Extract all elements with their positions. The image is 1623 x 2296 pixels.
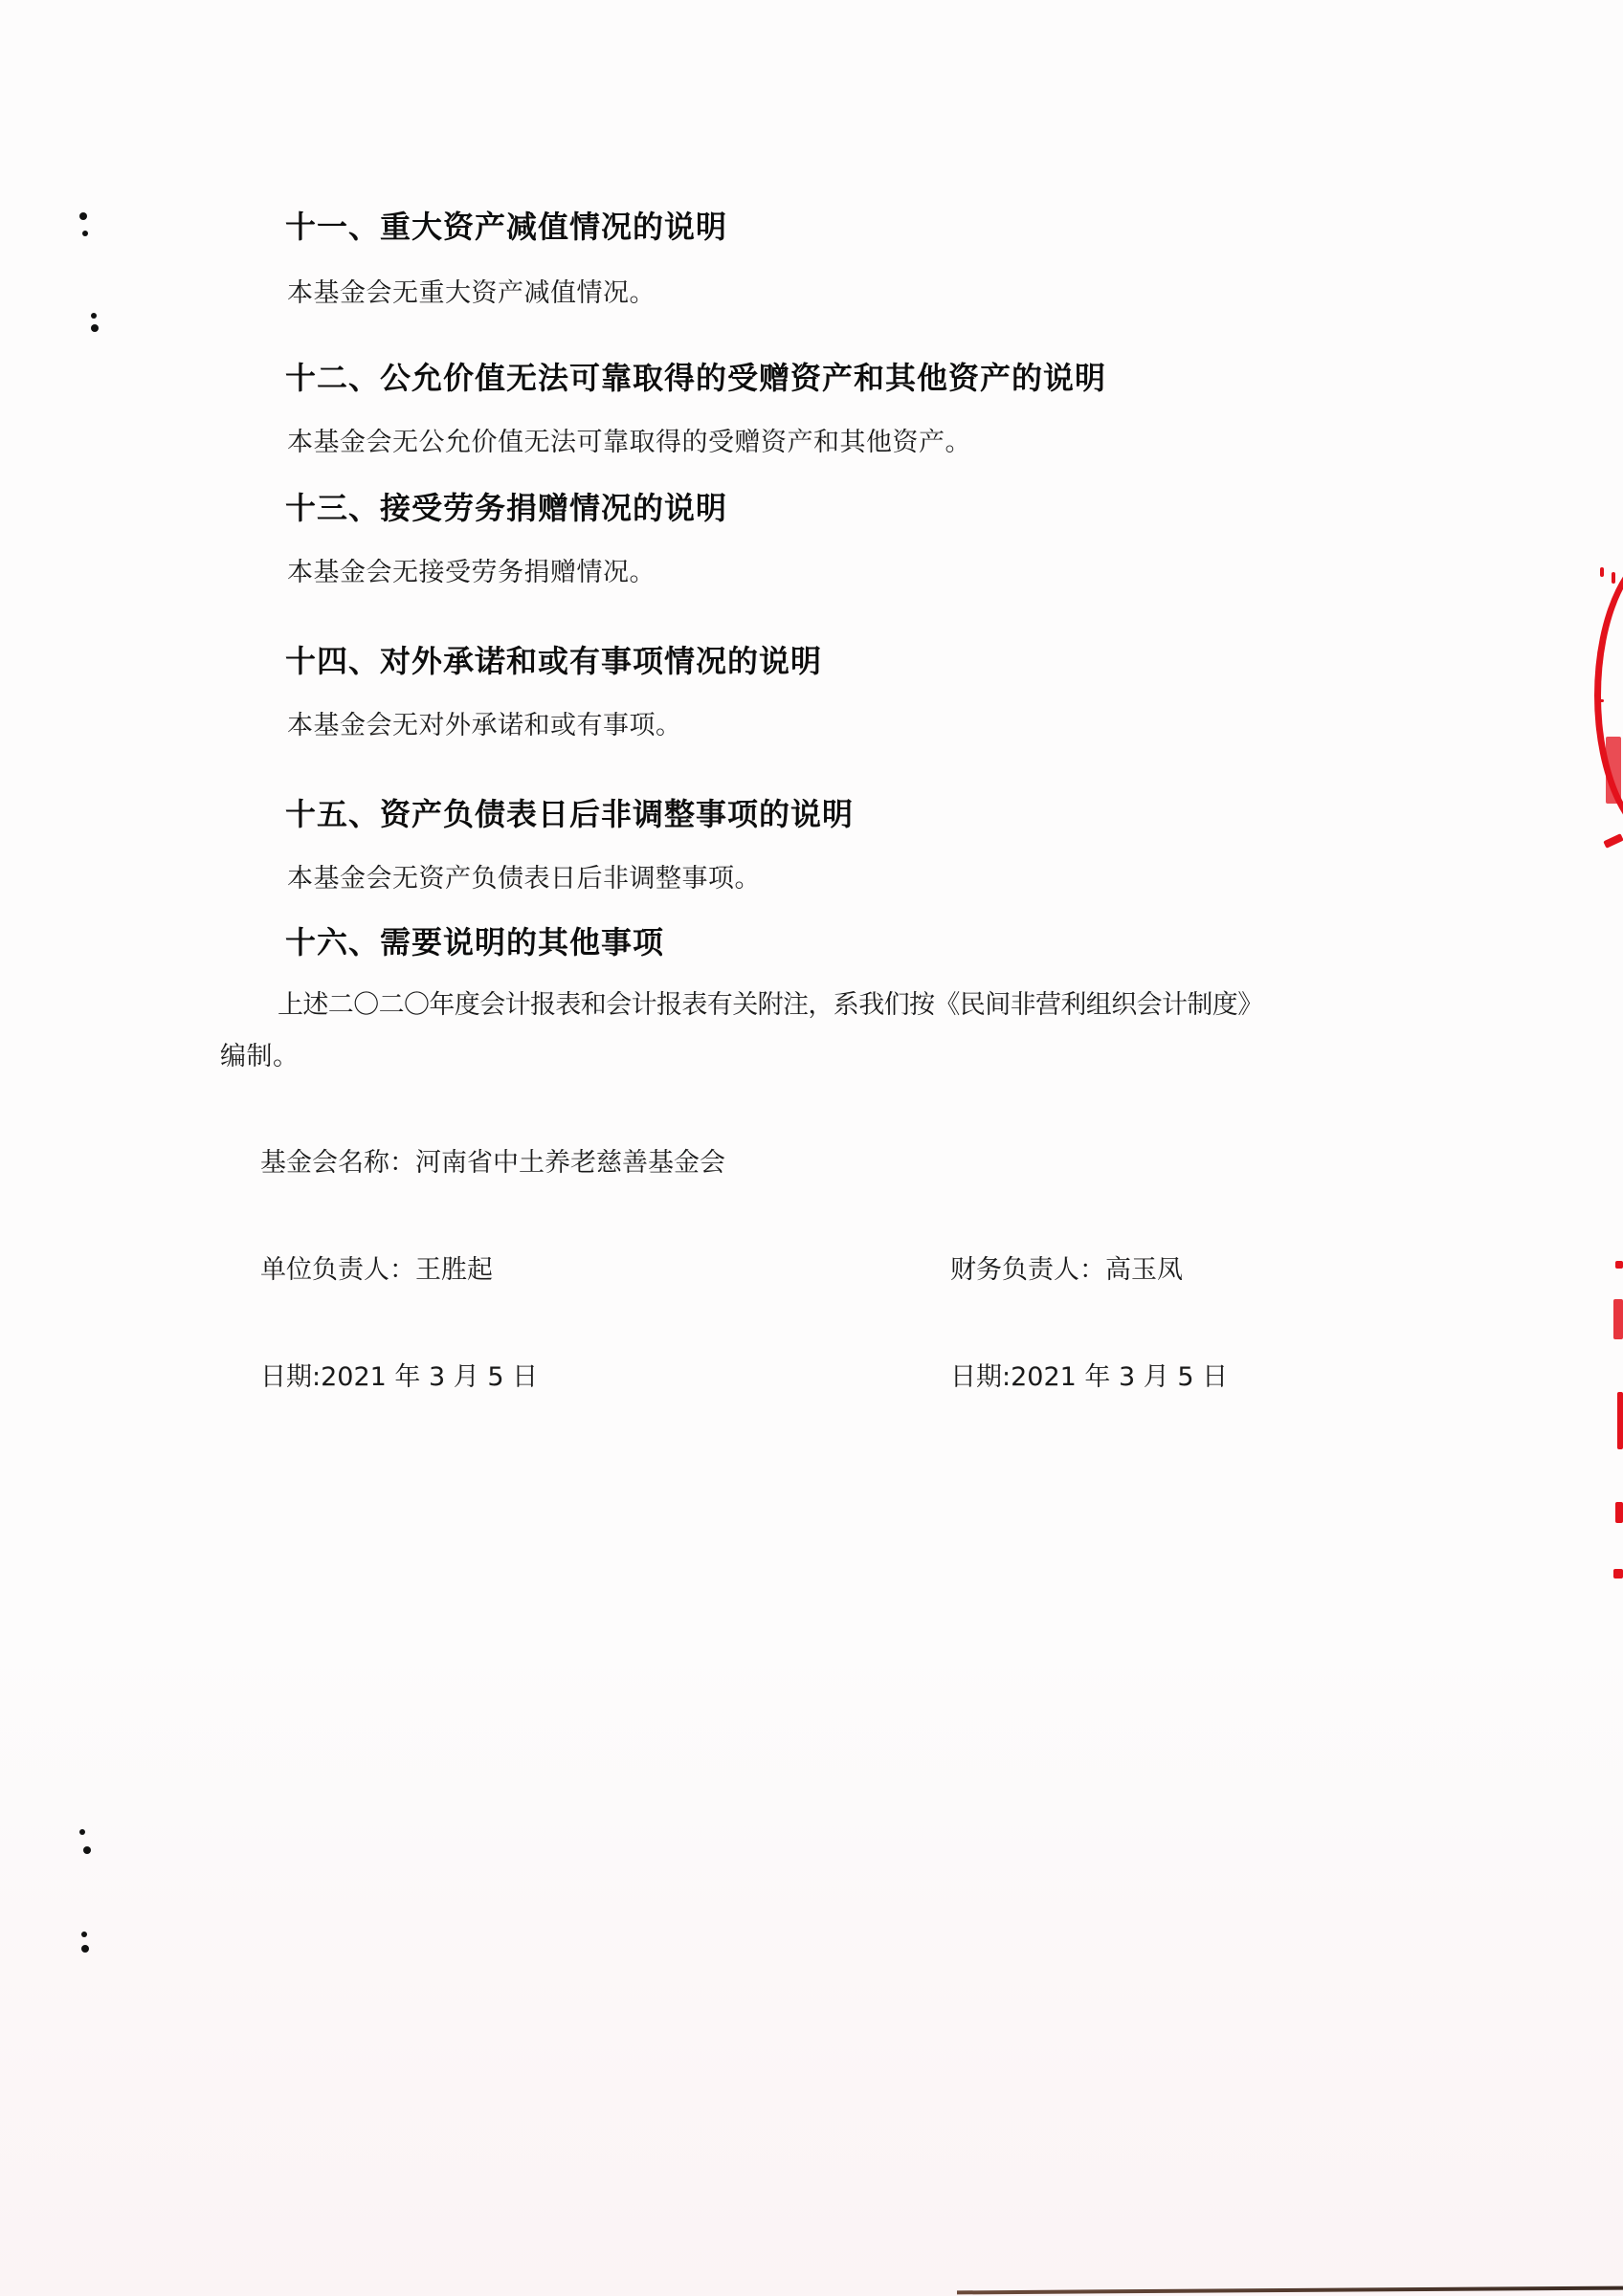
date-left: 日期:2021 年 3 月 5 日 (260, 1356, 538, 1393)
finance-head: 财务负责人：高玉凤 (950, 1248, 1183, 1286)
punch-mark (79, 212, 87, 220)
seal-fragment (1613, 1569, 1623, 1578)
seal-character-fragment (1606, 737, 1621, 804)
section-14-heading: 十四、对外承诺和或有事项情况的说明 (285, 637, 822, 681)
seal-fragment (1612, 572, 1615, 584)
punch-mark (81, 1932, 87, 1937)
seal-fragment (1615, 1502, 1623, 1523)
section-13-body: 本基金会无接受劳务捐赠情况。 (287, 551, 656, 588)
section-15-heading: 十五、资产负债表日后非调整事项的说明 (285, 790, 854, 834)
section-14-body: 本基金会无对外承诺和或有事项。 (287, 704, 682, 741)
foundation-name: 基金会名称：河南省中土养老慈善基金会 (260, 1141, 725, 1179)
seal-fragment (1600, 567, 1604, 577)
punch-mark (81, 1945, 89, 1953)
section-13-heading: 十三、接受劳务捐赠情况的说明 (285, 484, 727, 528)
date-right: 日期:2021 年 3 月 5 日 (950, 1356, 1228, 1393)
seal-arc-bottom (1603, 833, 1623, 849)
section-11-body: 本基金会无重大资产减值情况。 (287, 272, 656, 309)
punch-mark (82, 231, 88, 236)
punch-mark (91, 313, 97, 319)
section-12-body: 本基金会无公允价值无法可靠取得的受赠资产和其他资产。 (287, 421, 971, 458)
section-15-body: 本基金会无资产负债表日后非调整事项。 (287, 857, 761, 894)
seal-character-fragment (1617, 1392, 1623, 1449)
section-16-body-line1: 上述二〇二〇年度会计报表和会计报表有关附注，系我们按《民间非营利组织会计制度》 (278, 983, 1263, 1021)
section-16-body-line2: 编制。 (220, 1035, 300, 1072)
section-11-heading: 十一、重大资产减值情况的说明 (285, 203, 727, 247)
unit-head: 单位负责人：王胜起 (260, 1248, 493, 1286)
seal-character-fragment (1613, 1299, 1623, 1339)
seal-fragment (1615, 1261, 1623, 1269)
paper-tint (0, 1626, 1623, 2296)
punch-mark (79, 1829, 85, 1835)
punch-mark (91, 324, 99, 332)
section-12-heading: 十二、公允价值无法可靠取得的受赠资产和其他资产的说明 (285, 354, 1106, 398)
seal-fragment (1598, 699, 1604, 702)
paper-bottom-edge (957, 2286, 1623, 2295)
section-16-heading: 十六、需要说明的其他事项 (285, 918, 664, 962)
punch-mark (83, 1846, 91, 1854)
